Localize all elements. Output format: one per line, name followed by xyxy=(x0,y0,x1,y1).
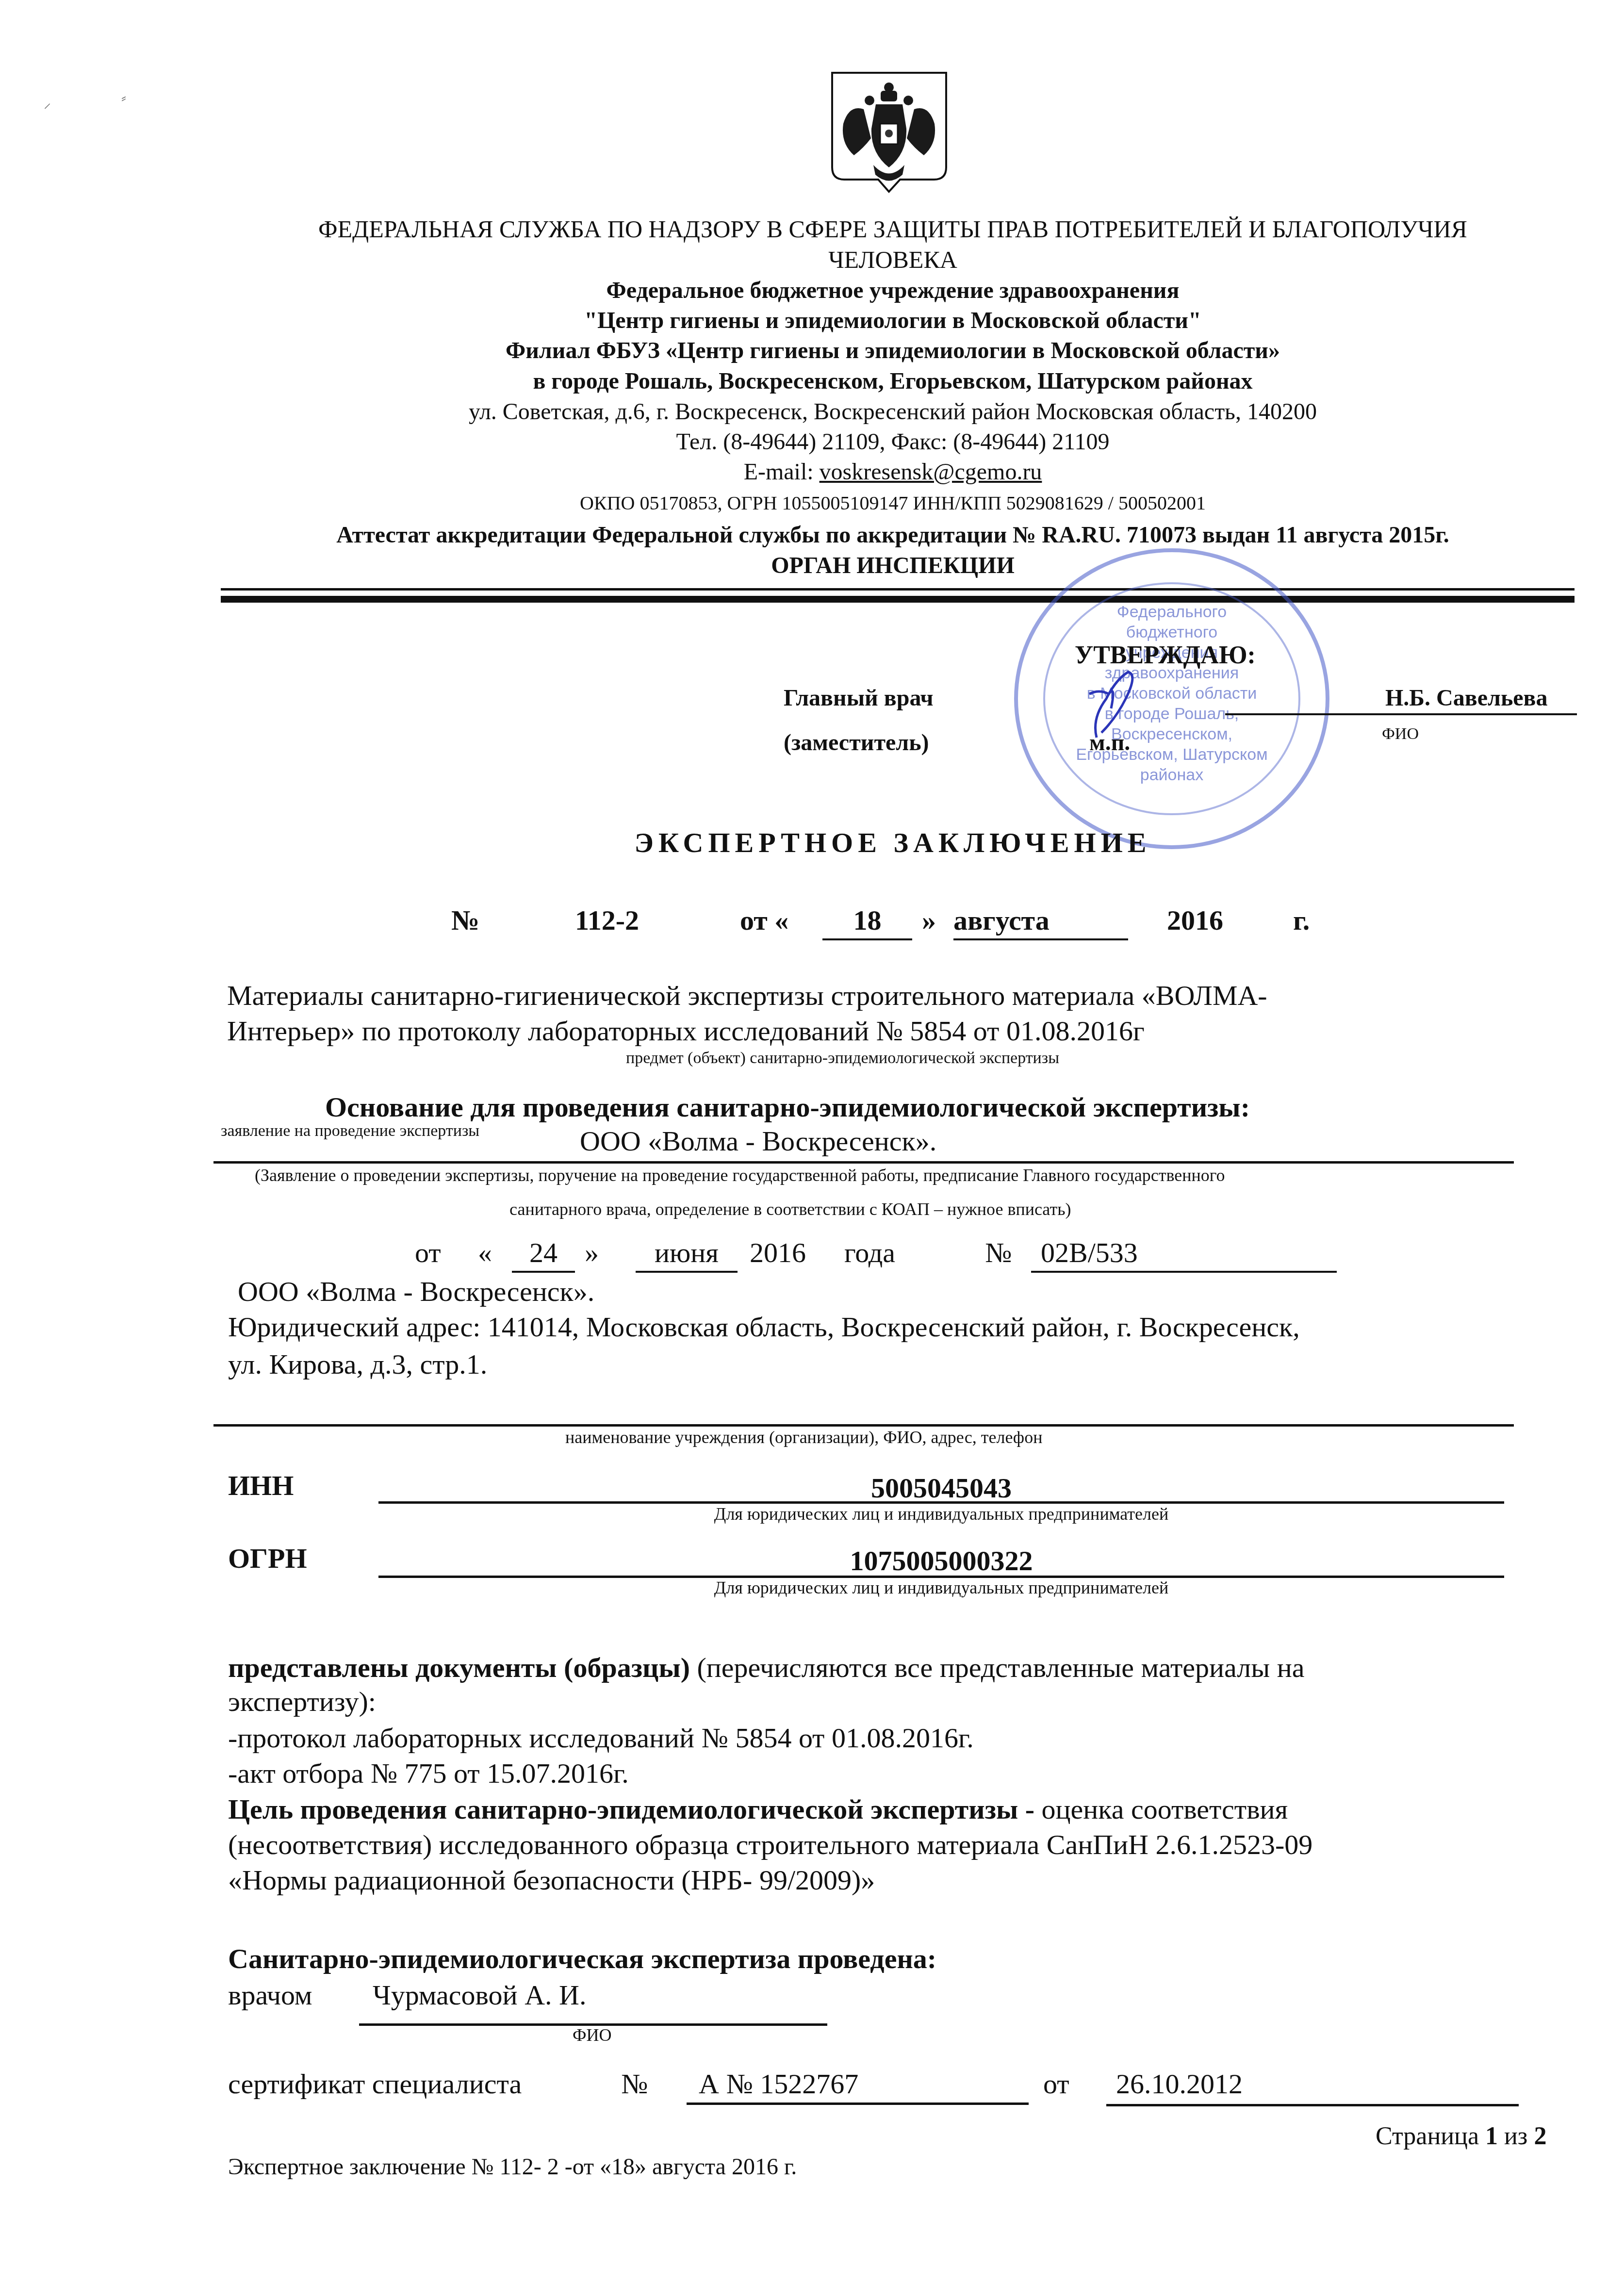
header-rule-thin xyxy=(221,588,1575,591)
basis-open-quote: « xyxy=(478,1235,492,1271)
ogrn-label: ОГРН xyxy=(228,1541,307,1577)
documents-heading: представлены документы (образцы) (перечи… xyxy=(228,1650,1305,1686)
subject-line1: Материалы санитарно-гигиенической экспер… xyxy=(227,978,1267,1014)
conclusion-month: августа xyxy=(953,903,1128,940)
title-number-label: № xyxy=(451,903,479,938)
cert-label: сертификат специалиста xyxy=(228,2066,522,2102)
cert-from-label: от xyxy=(1043,2066,1069,2102)
basis-side-label: заявление на проведение экспертизы xyxy=(221,1121,479,1141)
cert-number: А № 1522767 xyxy=(699,2066,858,2102)
purpose-line2: (несоответствия) исследованного образца … xyxy=(228,1827,1312,1863)
documents-heading-rest: (перечисляются все представленные матери… xyxy=(690,1652,1305,1683)
email-line: E-mail: voskresensk@cgemo.ru xyxy=(213,457,1572,487)
ogrn-caption: Для юридических лиц и индивидуальных пре… xyxy=(378,1577,1504,1598)
expert-heading: Санитарно-эпидемиологическая экспертиза … xyxy=(228,1941,936,1977)
institution-line1: Федеральное бюджетное учреждение здравоо… xyxy=(213,276,1572,306)
seal-placeholder: м.п. xyxy=(1089,728,1130,758)
inn-value: 5005045043 xyxy=(378,1470,1504,1506)
documents-item: -акт отбора № 775 от 15.07.2016г. xyxy=(228,1756,629,1791)
purpose-line3: «Нормы радиационной безопасности (НРБ- 9… xyxy=(228,1862,875,1898)
title-close-quote: » xyxy=(922,903,936,938)
subject-caption: предмет (объект) санитарно-эпидемиологич… xyxy=(626,1048,1059,1068)
applicant-name: ООО «Волма - Воскресенск». xyxy=(238,1274,594,1310)
basis-month: июня xyxy=(636,1235,738,1273)
branch-line2: в городе Рошаль, Воскресенском, Егорьевс… xyxy=(213,366,1572,396)
basis-number-label: № xyxy=(985,1235,1012,1271)
position-deputy: (заместитель) xyxy=(784,728,929,758)
basis-day: 24 xyxy=(512,1235,575,1273)
cert-number-rule xyxy=(687,2102,1029,2105)
basis-from-label: от xyxy=(415,1235,441,1271)
basis-close-quote: » xyxy=(585,1235,599,1271)
documents-heading-bold: представлены документы (образцы) xyxy=(228,1652,690,1683)
signer-line xyxy=(1225,713,1577,715)
cert-date: 26.10.2012 xyxy=(1116,2066,1243,2102)
doctor-name: Чурмасовой А. И. xyxy=(373,1977,586,2013)
scan-artifact: ⸝ xyxy=(44,92,51,112)
institution-line2: "Центр гигиены и эпидемиологии в Московс… xyxy=(213,306,1572,336)
ogrn-value: 1075005000322 xyxy=(378,1543,1504,1579)
doctor-label: врачом xyxy=(228,1977,312,2013)
applicant-address-line2: ул. Кирова, д.3, стр.1. xyxy=(228,1347,487,1382)
title-from-label: от « xyxy=(740,903,788,938)
applicant-address-line1: Юридический адрес: 141014, Московская об… xyxy=(228,1309,1300,1345)
cert-number-label: № xyxy=(621,2066,648,2102)
page-current: 1 xyxy=(1485,2122,1498,2150)
page-indicator: Страница 1 из 2 xyxy=(1376,2120,1546,2152)
purpose-heading-rest: оценка соответствия xyxy=(1034,1793,1288,1825)
cert-date-rule xyxy=(1106,2104,1519,2106)
basis-applicant: ООО «Волма - Воскресенск». xyxy=(580,1123,936,1159)
subject-line2: Интерьер» по протоколу лабораторных иссл… xyxy=(227,1013,1145,1049)
inn-caption: Для юридических лиц и индивидуальных пре… xyxy=(378,1503,1504,1525)
basis-caption-line1: (Заявление о проведении экспертизы, пору… xyxy=(255,1165,1225,1186)
position-title: Главный врач xyxy=(784,683,934,713)
agency-name-line1: ФЕДЕРАЛЬНАЯ СЛУЖБА ПО НАДЗОРУ В СФЕРЕ ЗА… xyxy=(213,214,1572,245)
basis-caption-line2: санитарного врача, определение в соответ… xyxy=(509,1199,1071,1220)
basis-year: 2016 xyxy=(750,1235,806,1271)
email-link[interactable]: voskresensk@cgemo.ru xyxy=(820,459,1042,485)
phone-fax: Тел. (8-49644) 21109, Факс: (8-49644) 21… xyxy=(213,427,1572,457)
purpose-line1: Цель проведения санитарно-эпидемиологиче… xyxy=(228,1791,1288,1827)
signer-name-caption: ФИО xyxy=(1382,724,1419,744)
header-rule-thick xyxy=(221,596,1575,603)
conclusion-number: 112-2 xyxy=(575,903,639,938)
documents-heading-line2: экспертизу): xyxy=(228,1684,376,1720)
accreditation-line: Аттестат аккредитации Федеральной службы… xyxy=(213,520,1572,550)
page-total: 2 xyxy=(1534,2122,1546,2150)
basis-rule xyxy=(213,1161,1514,1164)
document-title: ЭКСПЕРТНОЕ ЗАКЛЮЧЕНИЕ xyxy=(213,825,1572,861)
scan-artifact: ⸗ xyxy=(121,90,126,106)
basis-number: 02В/533 xyxy=(1031,1235,1337,1273)
footer-doc-reference: Экспертное заключение № 112- 2 -от «18» … xyxy=(228,2152,797,2182)
doctor-name-caption: ФИО xyxy=(573,2024,611,2046)
inspection-body-label: ОРГАН ИНСПЕКЦИИ xyxy=(213,551,1572,581)
coat-of-arms-icon xyxy=(830,70,949,194)
documents-item: -протокол лабораторных исследований № 58… xyxy=(228,1720,974,1756)
branch-address: ул. Советская, д.6, г. Воскресенск, Воск… xyxy=(213,397,1572,427)
applicant-caption: наименование учреждения (организации), Ф… xyxy=(565,1427,1042,1448)
conclusion-day: 18 xyxy=(822,903,912,940)
conclusion-year-suffix: г. xyxy=(1293,903,1310,938)
inn-label: ИНН xyxy=(228,1468,294,1504)
branch-line1: Филиал ФБУЗ «Центр гигиены и эпидемиолог… xyxy=(213,336,1572,366)
conclusion-year: 2016 xyxy=(1167,903,1223,938)
basis-year-label: года xyxy=(844,1235,895,1271)
registration-codes: ОКПО 05170853, ОГРН 1055005109147 ИНН/КП… xyxy=(213,491,1572,515)
email-label: E-mail: xyxy=(744,459,820,485)
purpose-heading-bold: Цель проведения санитарно-эпидемиологиче… xyxy=(228,1793,1034,1825)
basis-heading: Основание для проведения санитарно-эпиде… xyxy=(325,1089,1250,1125)
agency-name-line2: ЧЕЛОВЕКА xyxy=(213,244,1572,275)
signer-name: Н.Б. Савельева xyxy=(1385,683,1548,713)
